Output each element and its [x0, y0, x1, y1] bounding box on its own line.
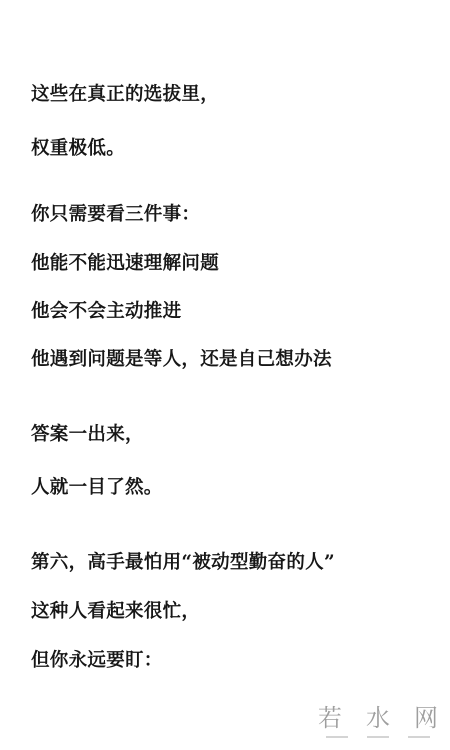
watermark-subtext-decoration [326, 736, 430, 738]
watermark-char-3: 网 [414, 704, 438, 732]
watermark-sub-mark-3 [408, 736, 430, 738]
paragraph-line-5: 他会不会主动推进 [31, 300, 181, 324]
watermark-char-1: 若 [318, 704, 342, 732]
watermark-char-2: 水 [366, 704, 390, 732]
paragraph-line-2: 权重极低。 [31, 137, 125, 161]
watermark-logo: 若 水 网 [312, 704, 444, 744]
watermark-sub-mark-1 [326, 736, 348, 738]
paragraph-line-7: 答案一出来， [31, 423, 144, 447]
paragraph-line-6: 他遇到问题是等人，还是自己想办法 [31, 348, 332, 372]
paragraph-line-4: 他能不能迅速理解问题 [31, 252, 219, 276]
section-heading-six: 第六，高手最怕用“被动型勤奋的人” [31, 551, 335, 575]
paragraph-line-1: 这些在真正的选拔里， [31, 83, 219, 107]
watermark-text: 若 水 网 [318, 704, 438, 732]
paragraph-line-11: 但你永远要盯： [31, 649, 163, 673]
watermark-sub-mark-2 [367, 736, 389, 738]
paragraph-line-8: 人就一目了然。 [31, 476, 163, 500]
paragraph-line-10: 这种人看起来很忙， [31, 600, 200, 624]
paragraph-line-3: 你只需要看三件事： [31, 203, 200, 227]
